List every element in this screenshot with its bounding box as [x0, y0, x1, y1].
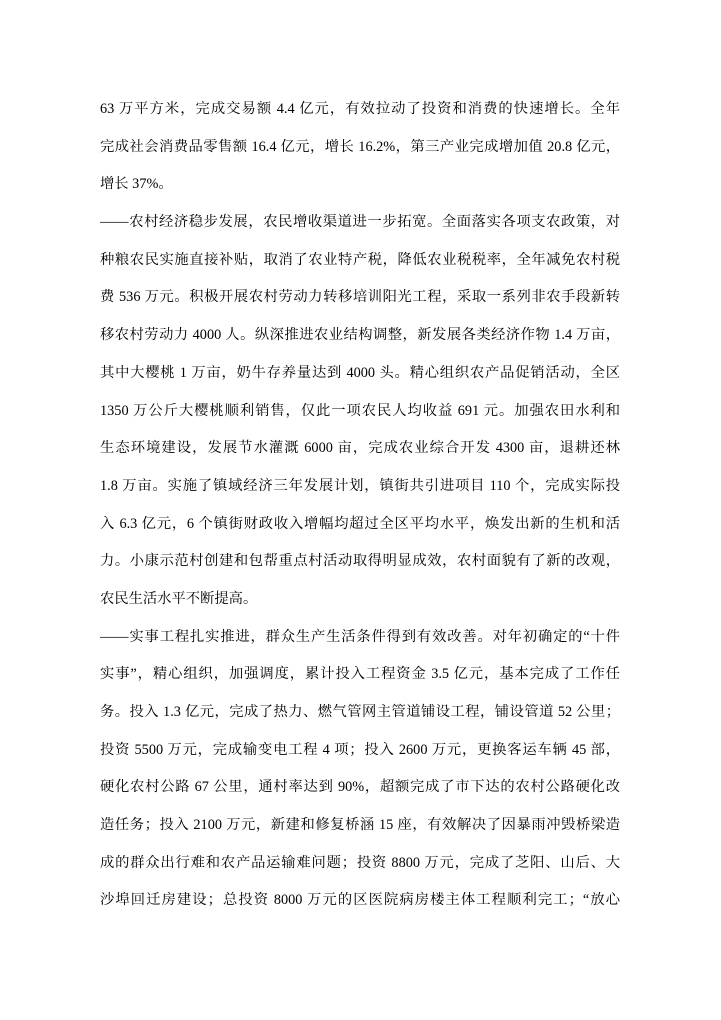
text-line: 成的群众出行难和农产品运输难问题；投资 8800 万元，完成了芝阳、山后、大: [100, 845, 620, 883]
text-line: 投资 5500 万元，完成输变电工程 4 项；投入 2600 万元，更换客运车辆…: [100, 732, 620, 770]
text-line: ——实事工程扎实推进，群众生产生活条件得到有效改善。对年初确定的“十件: [100, 619, 620, 657]
text-line: 务。投入 1.3 亿元，完成了热力、燃气管网主管道铺设工程，铺设管道 52 公里…: [100, 694, 620, 732]
text-line: 造任务；投入 2100 万元，新建和修复桥涵 15 座，有效解决了因暴雨冲毁桥梁…: [100, 807, 620, 845]
text-line: 1350 万公斤大樱桃顺利销售，仅此一项农民人均收益 691 元。加强农田水利和: [100, 393, 620, 431]
text-line: 费 536 万元。积极开展农村劳动力转移培训阳光工程，采取一系列非农手段新转: [100, 279, 620, 317]
document-page: 63 万平方米，完成交易额 4.4 亿元，有效拉动了投资和消费的快速增长。全年 …: [0, 0, 721, 1020]
text-line: 实事”，精心组织，加强调度，累计投入工程资金 3.5 亿元，基本完成了工作任: [100, 656, 620, 694]
text-line: 增长 37%。: [100, 166, 620, 204]
text-line: 农民生活水平不断提高。: [100, 581, 620, 619]
text-line: 完成社会消费品零售额 16.4 亿元，增长 16.2%，第三产业完成增加值 20…: [100, 129, 620, 167]
document-text-block: 63 万平方米，完成交易额 4.4 亿元，有效拉动了投资和消费的快速增长。全年 …: [100, 91, 620, 920]
text-line: 63 万平方米，完成交易额 4.4 亿元，有效拉动了投资和消费的快速增长。全年: [100, 91, 620, 129]
text-line: 生态环境建设，发展节水灌溉 6000 亩，完成农业综合开发 4300 亩，退耕还…: [100, 430, 620, 468]
text-line: 移农村劳动力 4000 人。纵深推进农业结构调整，新发展各类经济作物 1.4 万…: [100, 317, 620, 355]
text-line: 沙埠回迁房建设；总投资 8000 万元的区医院病房楼主体工程顺利完工；“放心: [100, 882, 620, 920]
text-line: 入 6.3 亿元，6 个镇街财政收入增幅均超过全区平均水平，焕发出新的生机和活: [100, 506, 620, 544]
text-line: 其中大樱桃 1 万亩，奶牛存养量达到 4000 头。精心组织农产品促销活动，全区: [100, 355, 620, 393]
text-line: 硬化农村公路 67 公里，通村率达到 90%，超额完成了市下达的农村公路硬化改: [100, 769, 620, 807]
text-line: ——农村经济稳步发展，农民增收渠道进一步拓宽。全面落实各项支农政策，对: [100, 204, 620, 242]
text-line: 力。小康示范村创建和包帮重点村活动取得明显成效，农村面貌有了新的改观，: [100, 543, 620, 581]
text-line: 种粮农民实施直接补贴，取消了农业特产税，降低农业税税率，全年减免农村税: [100, 242, 620, 280]
text-line: 1.8 万亩。实施了镇域经济三年发展计划，镇街共引进项目 110 个，完成实际投: [100, 468, 620, 506]
